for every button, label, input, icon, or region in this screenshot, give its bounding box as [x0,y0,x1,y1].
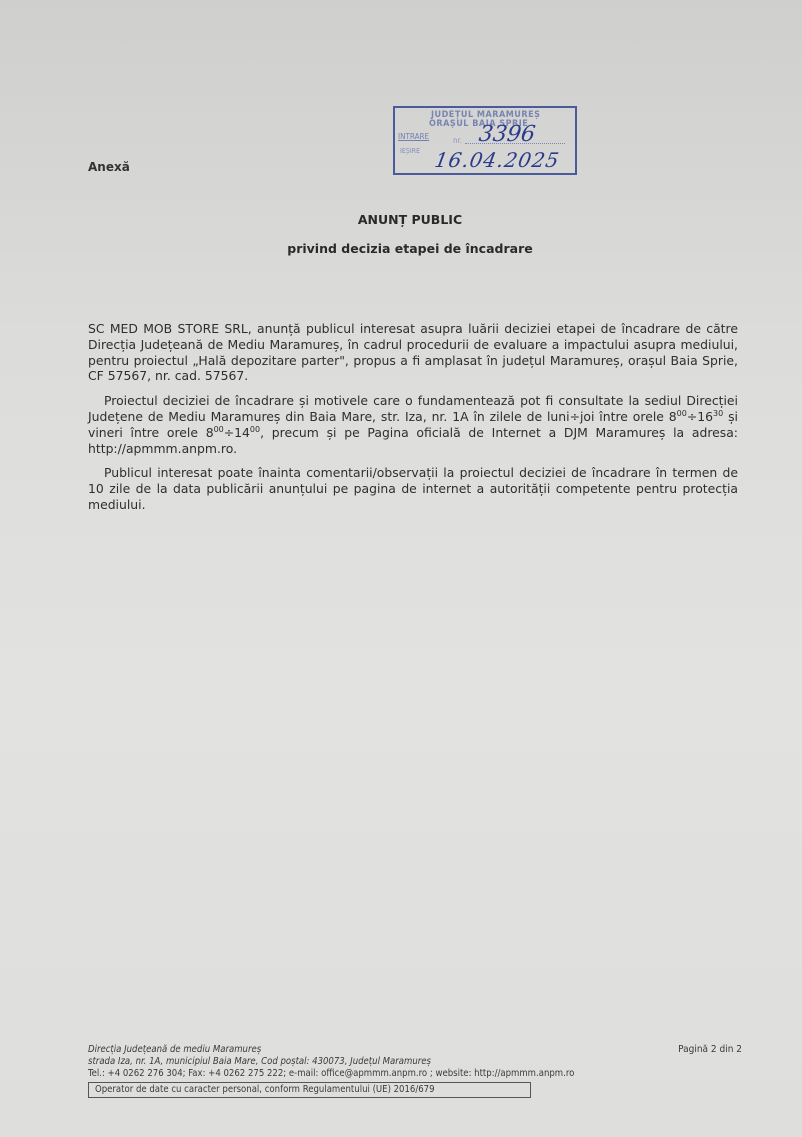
registration-stamp: JUDEȚUL MARAMUREȘ ORAȘUL BAIA SPRIE INTR… [393,106,577,175]
page-indicator: Pagină 2 din 2 [678,1044,742,1055]
page-title: ANUNȚ PUBLIC [0,212,802,227]
document-page: JUDEȚUL MARAMUREȘ ORAȘUL BAIA SPRIE INTR… [0,0,802,1137]
footer-institution: Direcția Județeană de mediu Maramureș [88,1044,750,1056]
hour-superscript: 00 [677,409,687,418]
hour-superscript: 00 [250,425,260,434]
page-subtitle: privind decizia etapei de încadrare [0,241,802,256]
stamp-registration-number: 3396 [477,122,537,147]
footer-address: strada Iza, nr. 1A, municipiul Baia Mare… [88,1056,750,1068]
hour-superscript: 00 [214,425,224,434]
paragraph-comments: Publicul interesat poate înainta comenta… [88,465,738,512]
hour-superscript: 30 [713,409,723,418]
stamp-date: 16.04.2025 [433,148,562,172]
stamp-entry-label: INTRARE [398,132,429,141]
stamp-exit-label: IEȘIRE [400,147,420,155]
stamp-nr-label: nr. [453,136,462,145]
annex-label: Anexă [88,160,130,174]
paragraph-consultation: Proiectul deciziei de încadrare și motiv… [88,393,738,456]
consultation-text-4: ÷14 [224,425,250,440]
announcement-body: SC MED MOB STORE SRL, anunță publicul in… [88,321,738,522]
consultation-text-2: ÷16 [687,409,713,424]
footer-contact: Tel.: +4 0262 276 304; Fax: +4 0262 275 … [88,1068,750,1080]
paragraph-announcement: SC MED MOB STORE SRL, anunță publicul in… [88,321,738,384]
page-footer: Pagină 2 din 2 Direcția Județeană de med… [88,1044,750,1098]
consultation-text-1: Proiectul deciziei de încadrare și motiv… [88,393,738,424]
gdpr-notice: Operator de date cu caracter personal, c… [88,1082,531,1098]
